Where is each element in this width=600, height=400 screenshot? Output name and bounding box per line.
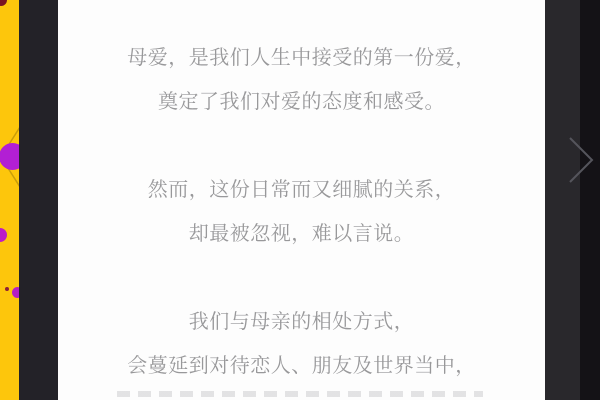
article-text-block: 母爱，是我们人生中接受的第一份爱， 奠定了我们对爱的态度和感受。 然而，这份日常… <box>58 0 545 388</box>
paragraph: 然而，这份日常而又细腻的关系， 却最被忽视，难以言说。 <box>58 168 545 256</box>
carousel-gutter-right <box>545 0 580 400</box>
paint-splatter-dot <box>5 287 9 291</box>
text-line: 却最被忽视，难以言说。 <box>189 223 415 245</box>
text-line: 会蔓延到对待恋人、朋友及世界当中， <box>127 355 476 377</box>
chevron-right-icon[interactable] <box>567 135 597 185</box>
carousel-prev-image-edge[interactable] <box>0 0 19 400</box>
clipped-text-line <box>117 391 483 397</box>
paragraph: 母爱，是我们人生中接受的第一份爱， 奠定了我们对爱的态度和感受。 <box>58 36 545 124</box>
article-image-page: 母爱，是我们人生中接受的第一份爱， 奠定了我们对爱的态度和感受。 然而，这份日常… <box>58 0 545 400</box>
text-line: 奠定了我们对爱的态度和感受。 <box>158 91 445 113</box>
text-line: 母爱，是我们人生中接受的第一份爱， <box>127 47 476 69</box>
paint-splatter-dot <box>0 0 7 6</box>
paint-splatter-dot <box>0 143 19 170</box>
carousel-gutter-left <box>19 0 58 400</box>
text-line: 我们与母亲的相处方式， <box>189 311 415 333</box>
paint-splatter-dot <box>12 287 19 298</box>
text-line: 然而，这份日常而又细腻的关系， <box>148 179 456 201</box>
paragraph: 我们与母亲的相处方式， 会蔓延到对待恋人、朋友及世界当中， <box>58 300 545 388</box>
carousel-right-panel <box>580 0 600 400</box>
paint-splatter-dot <box>0 228 7 242</box>
